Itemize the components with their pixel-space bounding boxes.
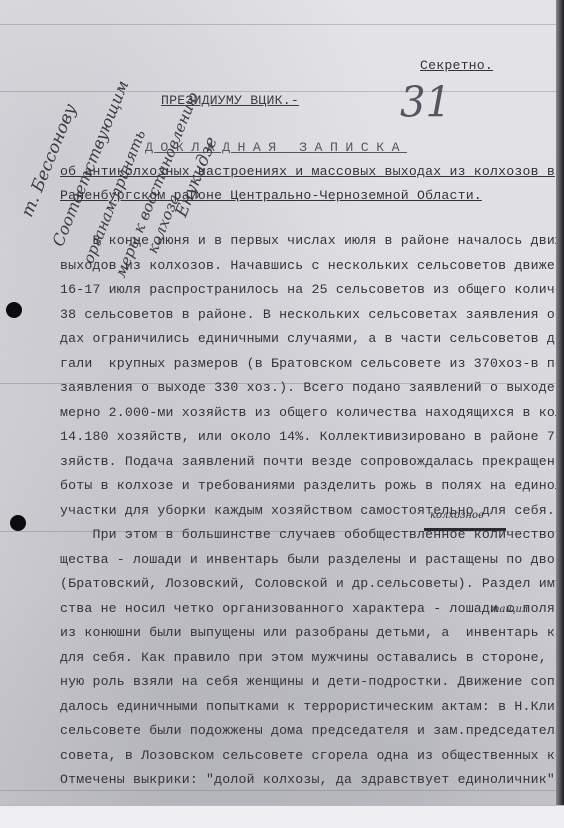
scan-line <box>0 790 556 791</box>
body-text-line: (Братовский, Лозовский, Соловской и др.с… <box>60 576 564 591</box>
body-text-line: зяйств. Подача заявлений почти везде соп… <box>60 454 564 469</box>
body-text-line: ства не носил четко организованного хара… <box>60 601 564 616</box>
body-text-line: боты в колхозе и требованиями разделить … <box>60 478 564 493</box>
body-text-line: далось единичными попытками к террористи… <box>60 699 564 714</box>
strikethrough-mark <box>424 528 506 531</box>
body-text-line: сельсовете были подожжены дома председат… <box>60 723 564 738</box>
body-text-line: 14.180 хозяйств, или около 14%. Коллекти… <box>60 429 564 444</box>
body-text-line: ную роль взяли на себя женщины и дети-по… <box>60 674 564 689</box>
document-title: ДОКЛАДНАЯ ЗАПИСКА <box>145 140 407 155</box>
body-text-line: из конюшни были выпущены или разобраны д… <box>60 625 564 640</box>
body-text-line: 38 сельсоветов в районе. В нескольких се… <box>60 307 564 322</box>
body-text-line: гали крупных размеров (в Братовском сель… <box>60 356 564 371</box>
scan-line <box>0 24 556 25</box>
body-text-line: дах ограничились единичными случаями, а … <box>60 331 564 346</box>
body-text-line: 16-17 июля распространилось на 25 сельсо… <box>60 282 564 297</box>
body-text-line: щества - лошади и инвентарь были разделе… <box>60 552 564 567</box>
body-text-line: для себя. Как правило при этом мужчины о… <box>60 650 564 665</box>
punch-hole <box>10 515 26 531</box>
scan-line <box>0 91 556 92</box>
body-text-line: заявления о выходе 330 хоз.). Всего пода… <box>60 380 564 395</box>
scan-border <box>556 0 564 805</box>
punch-hole <box>6 302 22 318</box>
archival-document-page: Секретно. ПРЕЗИДИУМУ ВЦИК.- 31 ДОКЛАДНАЯ… <box>0 0 564 828</box>
classification-stamp: Секретно. <box>420 58 493 73</box>
scan-border <box>0 805 564 828</box>
body-text-line: совета, в Лозовском сельсовете сгорела о… <box>60 748 564 763</box>
body-text-line: мерно 2.000-ми хозяйств из общего количе… <box>60 405 564 420</box>
page-number: 31 <box>400 79 451 127</box>
handwritten-correction: тащил <box>490 604 528 615</box>
handwritten-correction: колхозное <box>430 510 484 521</box>
body-text-line: Отмечены выкрики: "долой колхозы, да здр… <box>60 772 564 787</box>
